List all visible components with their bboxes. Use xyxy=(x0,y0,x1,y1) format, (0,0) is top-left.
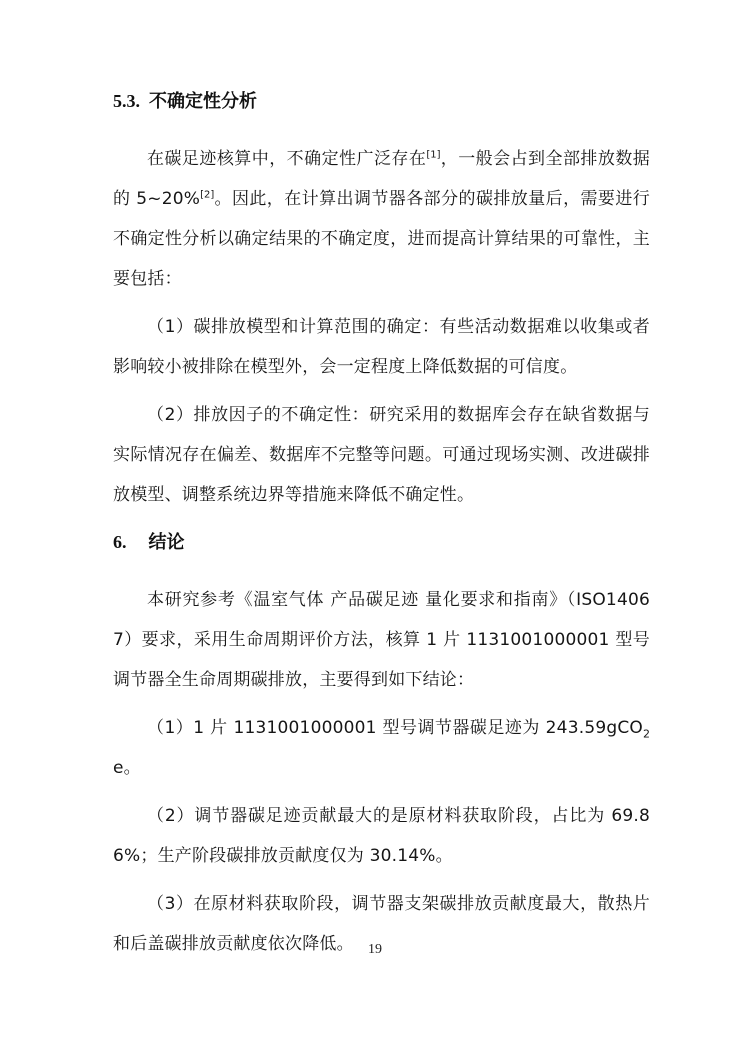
intro-text-1: 在碳足迹核算中，不确定性广泛存在 xyxy=(147,149,426,169)
conclusion-item-1: （1）1 片 1131001000001 型号调节器碳足迹为 243.59gCO… xyxy=(113,708,650,788)
citation-ref-1: [1] xyxy=(426,149,440,160)
conclusion-item-2: （2）调节器碳足迹贡献最大的是原材料获取阶段，占比为 69.86%；生产阶段碳排… xyxy=(113,796,650,876)
citation-ref-2: [2] xyxy=(200,189,214,200)
section-6-number: 6. xyxy=(113,532,127,552)
section-5-3-number: 5.3. xyxy=(113,91,140,111)
conclusion-intro-paragraph: 本研究参考《温室气体 产品碳足迹 量化要求和指南》（ISO14067）要求，采用… xyxy=(113,580,650,700)
section-5-3-heading: 5.3.不确定性分析 xyxy=(113,88,650,115)
page-number: 19 xyxy=(0,942,750,958)
uncertainty-list-item-1: （1）碳排放模型和计算范围的确定：有些活动数据难以收集或者影响较小被排除在模型外… xyxy=(113,307,650,387)
co2-subscript: 2 xyxy=(643,727,650,740)
page-content: 5.3.不确定性分析 在碳足迹核算中，不确定性广泛存在[1]，一般会占到全部排放… xyxy=(113,88,650,972)
conclusion-1-text-2: e。 xyxy=(113,758,141,778)
section-6-title: 结论 xyxy=(149,532,185,553)
uncertainty-list-item-2: （2）排放因子的不确定性：研究采用的数据库会存在缺省数据与实际情况存在偏差、数据… xyxy=(113,395,650,515)
conclusion-1-text-1: （1）1 片 1131001000001 型号调节器碳足迹为 243.59gCO xyxy=(147,718,643,738)
document-page: 5.3.不确定性分析 在碳足迹核算中，不确定性广泛存在[1]，一般会占到全部排放… xyxy=(0,0,750,1060)
section-5-3-title: 不确定性分析 xyxy=(149,91,257,112)
section-6-heading: 6.结论 xyxy=(113,529,650,556)
paragraph-uncertainty-intro: 在碳足迹核算中，不确定性广泛存在[1]，一般会占到全部排放数据的 5~20%[2… xyxy=(113,139,650,299)
